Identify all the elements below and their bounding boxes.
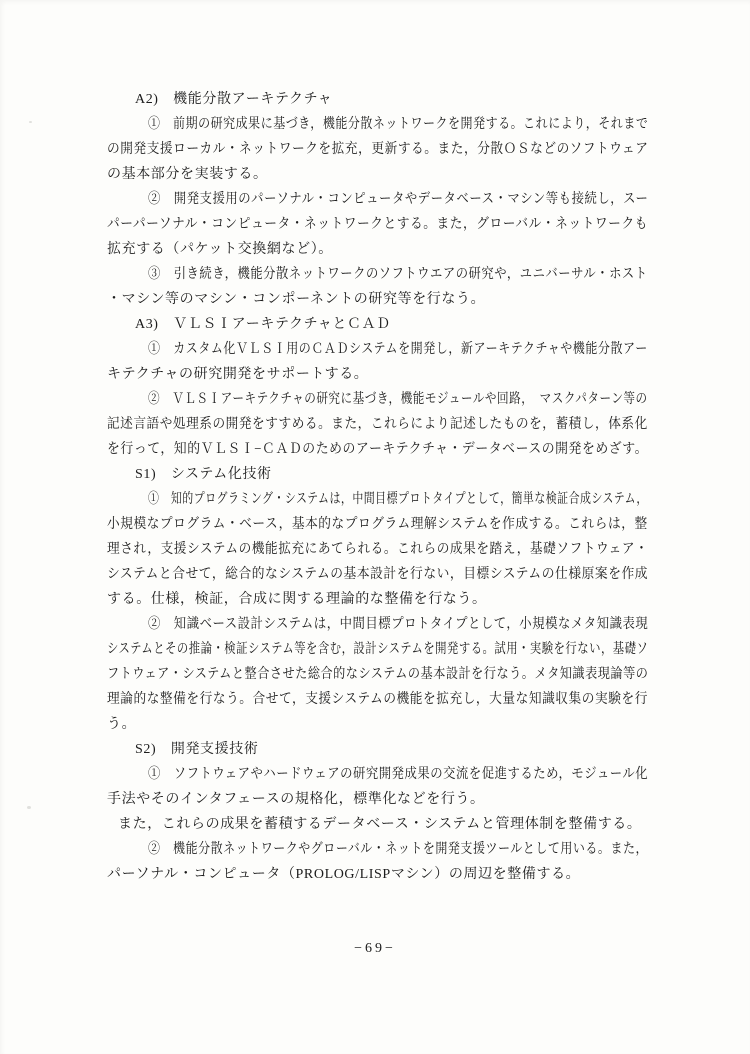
text-line: ② ＶＬＳＩアーキテクチャの研究に基づき，機能モジュールや回路， マスクパターン…: [148, 387, 648, 412]
text-line: パーパーソナル・コンピュータ・ネットワークとする。また，グローバル・ネットワーク…: [107, 212, 648, 237]
text-line: また，これらの成果を蓄積するデータベース・システムと管理体制を整備する。: [118, 812, 642, 837]
text-line: の基本部分を実装する。: [107, 162, 268, 187]
text-line: 記述言語や処理系の開発をすすめる。また，これらにより記述したものを，蓄積し，体系…: [107, 412, 648, 437]
text-line: フトウェア・システムと整合させた総合的なシステムの基本設計を行なう。メタ知識表現…: [107, 662, 648, 687]
text-line: ① 知的プログラミング・システムは，中間目標プロトタイプとして，簡単な検証合成シ…: [148, 487, 648, 512]
text-line: ① ソフトウェアやハードウェアの研究開発成果の交流を促進するため，モジュール化: [148, 762, 648, 787]
text-line: ② 機能分散ネットワークやグローバル・ネットを開発支援ツールとして用いる。また，: [148, 837, 648, 862]
section-heading: A3) ＶＬＳＩアーキテクチャとＣＡＤ: [135, 312, 391, 337]
document-body: A2) 機能分散アーキテクチャ① 前期の研究成果に基づき，機能分散ネットワークを…: [107, 87, 648, 887]
text-line: 理論的な整備を行なう。合せて，支援システムの機能を拡充し，大量な知識収集の実験を…: [107, 687, 648, 712]
text-line: システムとその推論・検証システム等を含む，設計システムを開発する。試用・実験を行…: [107, 637, 648, 662]
text-line: ② 知識ベース設計システムは，中間目標プロトタイプとして，小規模なメタ知識表現: [148, 612, 648, 637]
text-line: ② 開発支援用のパーソナル・コンピュータやデータベース・マシン等も接続し，スー: [148, 187, 648, 212]
text-line: う。: [107, 712, 136, 737]
scanned-document-page: A2) 機能分散アーキテクチャ① 前期の研究成果に基づき，機能分散ネットワークを…: [0, 0, 750, 1054]
text-line: する。仕様，検証，合成に関する理論的な整備を行なう。: [107, 587, 487, 612]
text-line: の開発支援ローカル・ネットワークを拡充，更新する。また，分散ＯＳなどのソフトウェ…: [107, 137, 648, 162]
text-line: 手法やそのインタフェースの規格化，標準化などを行う。: [107, 787, 485, 812]
text-line: パーソナル・コンピュータ（PROLOG/LISPマシン）の周辺を整備する。: [107, 862, 580, 887]
text-line: ① 前期の研究成果に基づき，機能分散ネットワークを開発する。これにより，それまで: [148, 112, 648, 137]
section-heading: S2) 開発支援技術: [135, 737, 258, 762]
section-heading: S1) システム化技術: [135, 462, 272, 487]
scan-speck: [27, 806, 31, 809]
text-line: 理され，支援システムの機能拡充にあてられる。これらの成果を踏え，基礎ソフトウェア…: [107, 537, 648, 562]
scan-speck: [29, 121, 32, 123]
text-line: 小規模なプログラム・ベース，基本的なプログラム理解システムを作成する。これらは，…: [107, 512, 648, 537]
text-line: ③ 引き続き，機能分散ネットワークのソフトウエアの研究や，ユニバーサル・ホスト: [148, 262, 648, 287]
text-line: を行って，知的ＶＬＳＩ−ＣＡＤのためのアーキテクチャ・データベースの開発をめざす…: [107, 437, 648, 462]
text-line: ① カスタム化ＶＬＳＩ用のＣＡＤシステムを開発し，新アーキテクチャや機能分散アー: [148, 337, 648, 362]
text-line: キテクチャの研究開発をサポートする。: [107, 362, 368, 387]
text-line: ・マシン等のマシン・コンポーネントの研究等を行なう。: [107, 287, 485, 312]
text-line: 拡充する（パケット交換網など）。: [107, 237, 333, 262]
section-heading: A2) 機能分散アーキテクチャ: [135, 87, 332, 112]
text-line: システムと合せて，総合的なシステムの基本設計を行ない，目標システムの仕様原案を作…: [107, 562, 648, 587]
page-number: −69−: [0, 941, 750, 957]
